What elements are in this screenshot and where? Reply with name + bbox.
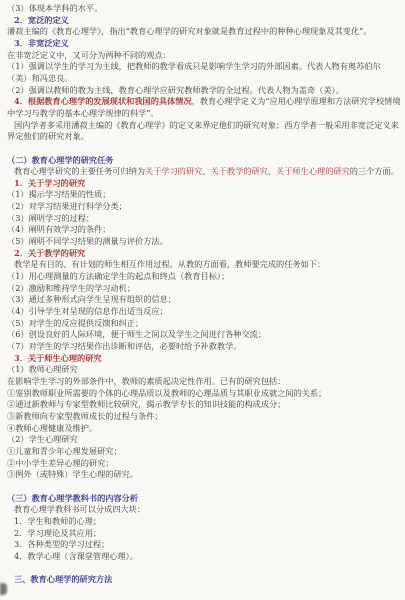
paragraph: 国内学者多采用潘菽主编的《教育心理学》的定义来界定他们的研究对象；西方学者一般采…: [7, 120, 401, 143]
paragraph: 教育心理学研究的主要任务可归纳为关于学习的研究、关于教学的研究、关于师生心理的研…: [7, 166, 401, 178]
list-item: （3）体现本学科的水平。: [7, 3, 401, 15]
list-item: （4）引导学生对呈现的信息作出适当反应；: [7, 306, 401, 318]
heading-blue: 3．非宽泛定义: [7, 38, 401, 50]
text-run: 2．学习理论及其应用；: [14, 528, 101, 538]
list-item: （1）用心理测量的方法确定学生的起点和终点（教育目标）；: [7, 271, 401, 283]
text-run: （1）强调以学生的学习为主线，把教师的教学看成只是影响学生学习的外部因素。代表人…: [7, 61, 381, 83]
heading-red: 1．关于学习的研究: [7, 178, 401, 190]
text-run: 教育心理学研究的主要任务可归纳为: [14, 166, 145, 176]
text-run: 在非宽泛定义中，又可分为两种不同的观点：: [7, 50, 171, 60]
paragraph: 4．根据教育心理学的发展现状和我国的具体情况，教育心理学定义为“应用心理学原理和…: [7, 96, 401, 119]
text-run: 1．学生和教师的心理；: [14, 516, 101, 526]
list-item: ①儿童和青少年心理发展研究；: [7, 446, 401, 458]
text-run: ①儿童和青少年心理发展研究；: [7, 446, 122, 456]
text-run: 潘菽主编的《教育心理学》，指出“教育心理学的研究对象就是教育过程中的种种心理现象…: [7, 26, 372, 36]
text-run: （3）通过多种形式向学生呈现有组织的信息；: [7, 294, 176, 304]
spacer: [7, 481, 401, 493]
text-run: 国内学者多采用潘菽主编的《教育心理学》的定义来界定他们的研究对象；西方学者一般采…: [7, 120, 399, 142]
text-run: ①鉴别教师职业所需要的个体的心理品质以及教师的心理品质与其职业成就之间的关系；: [7, 388, 326, 398]
list-item: ②通过新教师与专家型教师比较研究，揭示教学专长的知识技能的构成成分；: [7, 399, 401, 411]
list-item: ①鉴别教师职业所需要的个体的心理品质以及教师的心理品质与其职业成就之间的关系；: [7, 388, 401, 400]
text-run: ②通过新教师与专家型教师比较研究，揭示教学专长的知识技能的构成成分；: [7, 399, 285, 409]
text-run: （1）揭示学习结果的性质；: [7, 189, 110, 199]
text-run: 的三个方面。: [350, 166, 399, 176]
list-item: （5）对学生的反应提供反馈和纠正；: [7, 318, 401, 330]
section-heading: （三）教育心理学教科书的内容分析: [7, 493, 401, 505]
text-run: 教育心理学教科书可以分成四大块：: [14, 504, 145, 514]
text-run: 4．教学心理（含课堂管理心理）。: [14, 551, 138, 561]
emphasis-red: 1．关于学习的研究: [14, 178, 85, 188]
text-run: （3）阐明学习的过程；: [7, 213, 94, 223]
text-run: ③例外（或特殊）学生心理的研究。: [7, 469, 138, 479]
paragraph: 教学是有目的、有计划的师生相互作用过程。从教的方面看，教师要完成的任务如下：: [7, 259, 401, 271]
text-run: ③新教师向专家型教师成长的过程与条件；: [7, 411, 163, 421]
text-run: （2）激励和维持学生的学习动机；: [7, 283, 135, 293]
text-run: （5）对学生的反应提供反馈和纠正；: [7, 318, 143, 328]
text-run: ②中小学生差异心理的研究；: [7, 458, 113, 468]
list-item: （1）揭示学习结果的性质；: [7, 189, 401, 201]
page-corner-artifact: [0, 583, 7, 595]
emphasis-blue: （二）教育心理学的研究任务: [7, 155, 113, 165]
emphasis-red: 4．根据教育心理学的发展现状和我国的具体情况: [14, 96, 192, 106]
list-item: 1．学生和教师的心理；: [7, 516, 401, 528]
emphasis-blue: 3．非宽泛定义: [14, 38, 69, 48]
text-run: （7）对学生的学习结果作出诊断和评估，必要时给予补救教学。: [7, 341, 241, 351]
text-run: （2）对学习结果进行科学分类；: [7, 201, 127, 211]
emphasis-red: 关于师生心理的研究: [276, 166, 350, 176]
spacer: [7, 562, 401, 574]
text-run: 在影响学生学习的外部条件中，教师的素质起决定性作用。已有的研究包括：: [7, 376, 285, 386]
heading-red: 3．关于师生心理的研究: [7, 353, 401, 365]
list-item: （1）强调以学生的学习为主线，把教师的教学看成只是影响学生学习的外部因素。代表人…: [7, 61, 401, 84]
text-run: （1）教师心理研究: [7, 364, 78, 374]
paragraph: 教育心理学教科书可以分成四大块：: [7, 504, 401, 516]
text-run: ④教师心理健康及维护。: [7, 423, 97, 433]
list-item: （2）强调以教师的教为主线，教育心理学应研究教师教学的全过程。代表人物为盖奇（美…: [7, 85, 401, 97]
list-item: 2．学习理论及其应用；: [7, 528, 401, 540]
heading-red: 2．关于教学的研究: [7, 248, 401, 260]
list-item: （3）阐明学习的过程；: [7, 213, 401, 225]
text-run: 教学是有目的、有计划的师生相互作用过程。从教的方面看，教师要完成的任务如下：: [14, 259, 325, 269]
text-run: 、: [202, 166, 210, 176]
list-item: （2）激励和维持学生的学习动机；: [7, 283, 401, 295]
emphasis-red: 关于教学的研究: [211, 166, 268, 176]
list-item: （3）通过多种形式向学生呈现有组织的信息；: [7, 294, 401, 306]
emphasis-red: 3．关于师生心理的研究: [14, 353, 102, 363]
text-run: （2）强调以教师的教为主线，教育心理学应研究教师教学的全过程。代表人物为盖奇（美…: [7, 85, 344, 95]
heading-blue: 2．宽泛的定义: [7, 15, 401, 27]
section-heading: （二）教育心理学的研究任务: [7, 155, 401, 167]
list-item: 3．各种类型的学习过程；: [7, 539, 401, 551]
list-item: ③例外（或特殊）学生心理的研究。: [7, 469, 401, 481]
list-item: ③新教师向专家型教师成长的过程与条件；: [7, 411, 401, 423]
text-run: （2）学生心理研究: [7, 434, 78, 444]
list-item: （4）阐明有效学习的条件；: [7, 224, 401, 236]
chapter-heading: 三、教育心理学的研究方法: [7, 574, 401, 586]
paragraph: 在非宽泛定义中，又可分为两种不同的观点：: [7, 50, 401, 62]
list-item: （6）创设良好的人际环境，便于师生之间以及学生之间进行各种交流；: [7, 329, 401, 341]
text-run: （6）创设良好的人际环境，便于师生之间以及学生之间进行各种交流；: [7, 329, 266, 339]
text-run: （5）阐明不同学习结果的测量与评价方法。: [7, 236, 168, 246]
text-run: 、: [268, 166, 276, 176]
list-item: ②中小学生差异心理的研究；: [7, 458, 401, 470]
list-item: （2）学生心理研究: [7, 434, 401, 446]
list-item: （2）对学习结果进行科学分类；: [7, 201, 401, 213]
emphasis-red: 关于学习的研究: [145, 166, 202, 176]
emphasis-blue: 2．宽泛的定义: [14, 15, 69, 25]
paragraph: 潘菽主编的《教育心理学》，指出“教育心理学的研究对象就是教育过程中的种种心理现象…: [7, 26, 401, 38]
emphasis-blue: （三）教育心理学教科书的内容分析: [7, 493, 138, 503]
list-item: 4．教学心理（含课堂管理心理）。: [7, 551, 401, 563]
text-run: （3）体现本学科的水平。: [7, 3, 102, 13]
emphasis-blue: 三、教育心理学的研究方法: [14, 574, 112, 584]
list-item: ④教师心理健康及维护。: [7, 423, 401, 435]
text-run: （1）用心理测量的方法确定学生的起点和终点（教育目标）；: [7, 271, 229, 281]
document-page: （3）体现本学科的水平。2．宽泛的定义潘菽主编的《教育心理学》，指出“教育心理学…: [0, 0, 405, 586]
text-run: 3．各种类型的学习过程；: [14, 539, 109, 549]
list-item: （7）对学生的学习结果作出诊断和评估，必要时给予补救教学。: [7, 341, 401, 353]
text-run: （4）引导学生对呈现的信息作出适当反应；: [7, 306, 168, 316]
paragraph: 在影响学生学习的外部条件中，教师的素质起决定性作用。已有的研究包括：: [7, 376, 401, 388]
list-item: （1）教师心理研究: [7, 364, 401, 376]
list-item: （5）阐明不同学习结果的测量与评价方法。: [7, 236, 401, 248]
emphasis-red: 2．关于教学的研究: [14, 248, 85, 258]
text-run: （4）阐明有效学习的条件；: [7, 224, 110, 234]
spacer: [7, 143, 401, 155]
